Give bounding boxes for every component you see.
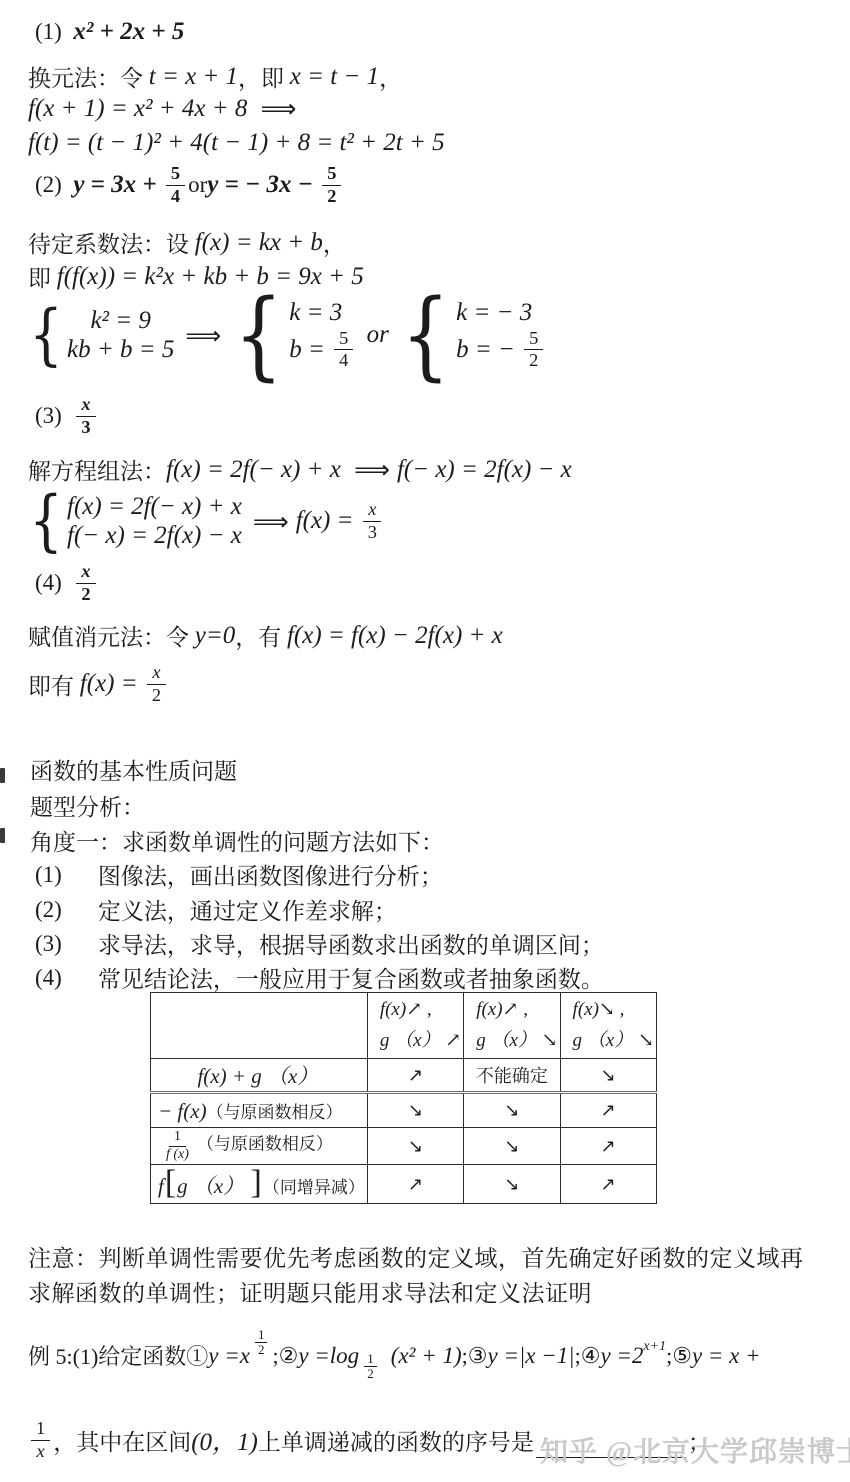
fraction: 12 [253, 1328, 270, 1358]
text-run: (4) [35, 965, 62, 991]
math-run: b = − [456, 336, 521, 364]
text-run: （与原函数相反） [197, 1135, 333, 1154]
fraction-numerator: 5 [166, 163, 185, 186]
fraction: 1f (x) [161, 1129, 194, 1163]
left-brace: { [234, 296, 283, 375]
line-angle-one: 角度一：求函数单调性的问题方法如下： [30, 824, 444, 857]
tall-bracket: ] [251, 1164, 262, 1201]
math-run: k = − 3 [456, 299, 532, 327]
fraction-numerator: 1 [255, 1328, 268, 1343]
math-run: f(x) = kx + b [195, 229, 323, 257]
header-line: g （x） ↗ [370, 1026, 461, 1056]
math-run: y = x + [692, 1343, 761, 1369]
equation-system: {k = 3b = 54 [228, 296, 356, 375]
math-run: (x² + 1) [391, 1343, 462, 1369]
text-run: ，有 [235, 619, 287, 652]
fraction-numerator: 5 [524, 328, 543, 351]
monotonicity-table: f(x)↗ ,g （x） ↗f(x)↗ ,g （x） ↘f(x)↘ ,g （x）… [150, 992, 657, 1204]
fraction: x3 [363, 499, 382, 543]
increasing-arrow-cell: ↗ [367, 1059, 463, 1093]
table-corner-cell [151, 993, 368, 1059]
line-k-b-system: {k² = 9kb + b = 5⟹{k = 3b = 54 or {k = −… [25, 296, 550, 375]
math-run: x [240, 1343, 250, 1369]
decreasing-arrow-cell: ↘ [560, 1059, 656, 1093]
system-line: f(− x) = 2f(x) − x [67, 521, 242, 550]
text-run: 函数的基本性质问题 [30, 753, 237, 786]
text-run: 上单调递减的函数的序号是 [258, 1424, 534, 1457]
math-run: y =2 [600, 1343, 643, 1369]
text-run: (1) [35, 19, 73, 45]
fraction-numerator: 1 [31, 1418, 50, 1441]
fraction-denominator: 2 [76, 584, 95, 606]
math-run: f(x) = 2f(− x) + x [67, 493, 242, 521]
fraction: x2 [76, 561, 95, 605]
text-run: 即 [28, 260, 57, 293]
implies-arrow-icon: ⟹ [253, 507, 289, 536]
fraction-numerator: x [76, 561, 95, 584]
math-run: y = [208, 1343, 239, 1369]
text-run: ;④ [575, 1343, 601, 1369]
line-fx1-equation: f(x + 1) = x² + 4x + 8 ⟹ [28, 94, 303, 123]
text-run: ;⑤ [666, 1343, 692, 1369]
decreasing-arrow-cell: ↘ [464, 1128, 560, 1165]
text-run: （与原函数相反） [207, 1103, 343, 1122]
left-brace: { [401, 296, 450, 375]
equation-system: {k² = 9kb + b = 5 [25, 306, 174, 364]
table-header-cell: f(x)↗ ,g （x） ↗ [367, 993, 463, 1059]
text-run: (3) [35, 931, 62, 957]
system-line: kb + b = 5 [67, 335, 174, 364]
fraction-denominator: x [32, 1441, 50, 1463]
math-run: k² = 9 [90, 307, 150, 335]
line-assignment-elimination: 赋值消元法：令 y=0，有 f(x) = f(x) − 2f(x) + x [28, 619, 503, 652]
method-item-3-derivative: (3)求导法，求导，根据导函数求出函数的单调区间； [35, 927, 604, 960]
text-run: ， [323, 226, 346, 259]
decreasing-arrow-cell: ↘ [464, 1165, 560, 1204]
fraction: 12 [362, 1352, 379, 1382]
cropped-list-marker [0, 768, 5, 783]
math-run-bold: y = 3x + [73, 171, 163, 199]
fraction-numerator: x [363, 499, 381, 522]
table-cell: 不能确定 [464, 1059, 560, 1093]
math-run: x = t − 1 [290, 63, 379, 91]
table-row-label: f(x) + g （x） [151, 1059, 368, 1093]
text-run: (4) [35, 570, 73, 596]
text-run: ，即 [238, 60, 290, 93]
increasing-arrow-cell: ↗ [367, 1165, 463, 1204]
system-line: k² = 9 [90, 306, 150, 335]
superscript-fraction: 12 [250, 1328, 273, 1358]
fraction-numerator: x [147, 662, 165, 685]
text-run: (1) [35, 862, 62, 888]
increasing-arrow-cell: ↗ [560, 1165, 656, 1204]
fraction-denominator: 4 [166, 186, 185, 208]
fraction: 54 [334, 328, 353, 372]
table-row-label: − f(x)（与原函数相反） [151, 1093, 368, 1128]
fraction-numerator: 5 [322, 163, 341, 186]
note-paragraph: 注意：判断单调性需要优先考虑函数的定义域，首先确定好函数的定义域再求解函数的单调… [28, 1242, 826, 1311]
math-run: f(t) = (t − 1)² + 4(t − 1) + 8 = t² + 2t… [28, 129, 445, 157]
line-undetermined-coefficients: 待定系数法：设 f(x) = kx + b， [28, 226, 346, 259]
math-run: (0，1) [191, 1422, 258, 1458]
subscript-fraction: 12 [359, 1352, 382, 1382]
fraction-numerator: 1 [169, 1129, 186, 1147]
math-run-bold: x² + 2x + 5 [73, 18, 184, 46]
text-run: （同增异减） [263, 1178, 365, 1197]
math-run: f [158, 1174, 164, 1198]
line-answer-2: (2) y = 3x + 54ory = − 3x − 52 [35, 163, 344, 207]
text-run: 题型分析： [30, 789, 145, 822]
tall-bracket: [ [165, 1164, 176, 1201]
example5-line-2: 1x，其中在区间(0，1)上单调递减的函数的序号是； [28, 1418, 711, 1462]
math-run: f(− x) = 2f(x) − x [67, 522, 242, 550]
line-answer-3: (3) x3 [35, 394, 99, 438]
text-run: ， [379, 60, 402, 93]
increasing-arrow-cell: ↗ [560, 1128, 656, 1165]
math-run: f(− x) = 2f(x) − x [397, 456, 572, 484]
cropped-list-marker [0, 828, 5, 843]
math-run-bold: y = − 3x − [207, 171, 319, 199]
answer-blank [536, 1435, 686, 1458]
fraction: 1x [31, 1418, 50, 1462]
fraction-denominator: 2 [524, 350, 543, 372]
table-row-label: 1f (x)（与原函数相反） [151, 1128, 368, 1165]
fraction-numerator: 1 [364, 1352, 377, 1367]
system-line: b = 54 [289, 328, 356, 372]
math-run: f(x) = [296, 507, 360, 535]
equation-system: {k = − 3b = − 52 [395, 296, 546, 375]
fraction-denominator: 3 [363, 522, 382, 544]
fraction: 54 [166, 163, 185, 207]
text-run: or [188, 172, 207, 198]
monotonicity-table-wrap: f(x)↗ ,g （x） ↗f(x)↗ ,g （x） ↘f(x)↘ ,g （x）… [150, 992, 657, 1204]
system-lines: f(x) = 2f(− x) + xf(− x) = 2f(x) − x [67, 492, 242, 550]
line-conclusion-fx: 即有 f(x) = x2 [28, 662, 169, 706]
increasing-arrow-cell: ↗ [560, 1093, 656, 1128]
implies-arrow-icon: ⟹ [185, 321, 221, 350]
system-lines: k = 3b = 54 [289, 299, 356, 372]
header-line: f(x)↘ , [563, 995, 654, 1025]
superscript: x+1 [643, 1339, 666, 1355]
line-ft-expansion: f(t) = (t − 1)² + 4(t − 1) + 8 = t² + 2t… [28, 129, 445, 157]
line-ffx-equation: 即 f(f(x)) = k²x + kb + b = 9x + 5 [28, 260, 364, 293]
text-run: 图像法，画出函数图像进行分析； [98, 858, 443, 891]
math-run: log [330, 1343, 359, 1369]
decreasing-arrow-cell: ↘ [464, 1093, 560, 1128]
header-line: f(x)↗ , [370, 995, 461, 1025]
implies-arrow-icon: ⟹ [261, 94, 297, 123]
left-brace: { [29, 494, 63, 548]
text-run: ，其中在区间 [53, 1424, 191, 1457]
text-run: 待定系数法：设 [28, 226, 195, 259]
equation-system: {f(x) = 2f(− x) + xf(− x) = 2f(x) − x [25, 492, 242, 550]
method-item-1-graph: (1)图像法，画出函数图像进行分析； [35, 858, 443, 891]
math-run: y=0 [195, 622, 235, 650]
method-item-4-conclusion: (4)常见结论法，一般应用于复合函数或者抽象函数。 [35, 961, 604, 994]
example5-line-1: 例 5:(1)给定函数①y =x12;②y =log12(x² + 1);③y … [28, 1340, 761, 1371]
fraction-numerator: 5 [334, 328, 353, 351]
header-line: g （x） ↘ [466, 1026, 557, 1056]
line-substitution-method: 换元法：令 t = x + 1，即 x = t − 1， [28, 60, 402, 93]
system-line: k = − 3 [456, 299, 532, 328]
text-run: 赋值消元法：令 [28, 619, 195, 652]
math-run: t = x + 1 [149, 63, 238, 91]
line-answer-4: (4) x2 [35, 561, 99, 605]
math-run: kb + b = 5 [67, 336, 174, 364]
fraction: 52 [322, 163, 341, 207]
math-run: g （x） [177, 1174, 249, 1198]
left-brace: { [29, 308, 63, 362]
math-run: f(x) = [80, 670, 144, 698]
system-line: k = 3 [289, 299, 342, 328]
header-line: f(x)↗ , [466, 995, 557, 1025]
fraction: x2 [147, 662, 166, 706]
fraction-numerator: x [76, 394, 95, 417]
decreasing-arrow-cell: ↘ [367, 1093, 463, 1128]
text-run: 换元法：令 [28, 60, 149, 93]
fraction-denominator: 2 [253, 1343, 270, 1357]
line-equation-system-method: 解方程组法：f(x) = 2f(− x) + x ⟹f(− x) = 2f(x)… [28, 453, 572, 486]
fraction-denominator: 3 [76, 417, 95, 439]
decreasing-arrow-cell: ↘ [367, 1128, 463, 1165]
fraction: x3 [76, 394, 95, 438]
fraction-denominator: 4 [334, 350, 353, 372]
math-run: f(x) = 2f(− x) + x [166, 456, 347, 484]
text-run: (3) [35, 403, 73, 429]
text-run: 即有 [28, 668, 80, 701]
line-answer-1: (1) x² + 2x + 5 [35, 18, 184, 46]
math-run: k = 3 [289, 299, 342, 327]
system-line: b = − 52 [456, 328, 546, 372]
text-run: (2) [35, 172, 73, 198]
text-run: 求导法，求导，根据导函数求出函数的单调区间； [98, 927, 604, 960]
math-run: f(x + 1) = x² + 4x + 8 [28, 95, 254, 123]
fraction-denominator: 2 [362, 1367, 379, 1381]
system-line: f(x) = 2f(− x) + x [67, 492, 242, 521]
math-run: b = [289, 336, 331, 364]
section-title-basic-properties: 函数的基本性质问题 [30, 753, 237, 786]
fraction-denominator: 2 [147, 685, 166, 707]
fraction-denominator: f (x) [161, 1147, 194, 1164]
math-run: or [360, 321, 395, 349]
text-run: 常见结论法，一般应用于复合函数或者抽象函数。 [98, 961, 604, 994]
line-question-type-analysis: 题型分析： [30, 789, 145, 822]
implies-arrow-icon: ⟹ [354, 455, 390, 484]
math-run: f(x) + g （x） [197, 1064, 318, 1088]
text-run: (2) [35, 897, 62, 923]
text-run: ； [688, 1424, 711, 1457]
table-header-cell: f(x)↗ ,g （x） ↘ [464, 993, 560, 1059]
table-row-label: f[g （x） ]（同增异减） [151, 1165, 368, 1204]
table-header-cell: f(x)↘ ,g （x） ↘ [560, 993, 656, 1059]
method-item-2-definition: (2)定义法，通过定义作差求解； [35, 893, 397, 926]
math-run: y =|x −1| [487, 1343, 574, 1369]
text-run: 角度一：求函数单调性的问题方法如下： [30, 824, 444, 857]
math-run: f(x) = f(x) − 2f(x) + x [287, 622, 503, 650]
line-fx-system: {f(x) = 2f(− x) + xf(− x) = 2f(x) − x⟹f(… [25, 492, 385, 550]
text-run: 例 5:(1)给定函数① [28, 1340, 208, 1371]
system-lines: k = − 3b = − 52 [456, 299, 546, 372]
text-run: ;③ [462, 1343, 488, 1369]
math-run: y = [298, 1343, 329, 1369]
text-run: 定义法，通过定义作差求解； [98, 893, 397, 926]
math-run: f(f(x)) = k²x + kb + b = 9x + 5 [57, 263, 364, 291]
fraction-denominator: 2 [322, 186, 341, 208]
text-run: ;② [272, 1343, 298, 1369]
system-lines: k² = 9kb + b = 5 [67, 306, 174, 364]
fraction: 52 [524, 328, 543, 372]
header-line: g （x） ↘ [563, 1026, 654, 1056]
math-run: − f(x) [158, 1099, 207, 1123]
